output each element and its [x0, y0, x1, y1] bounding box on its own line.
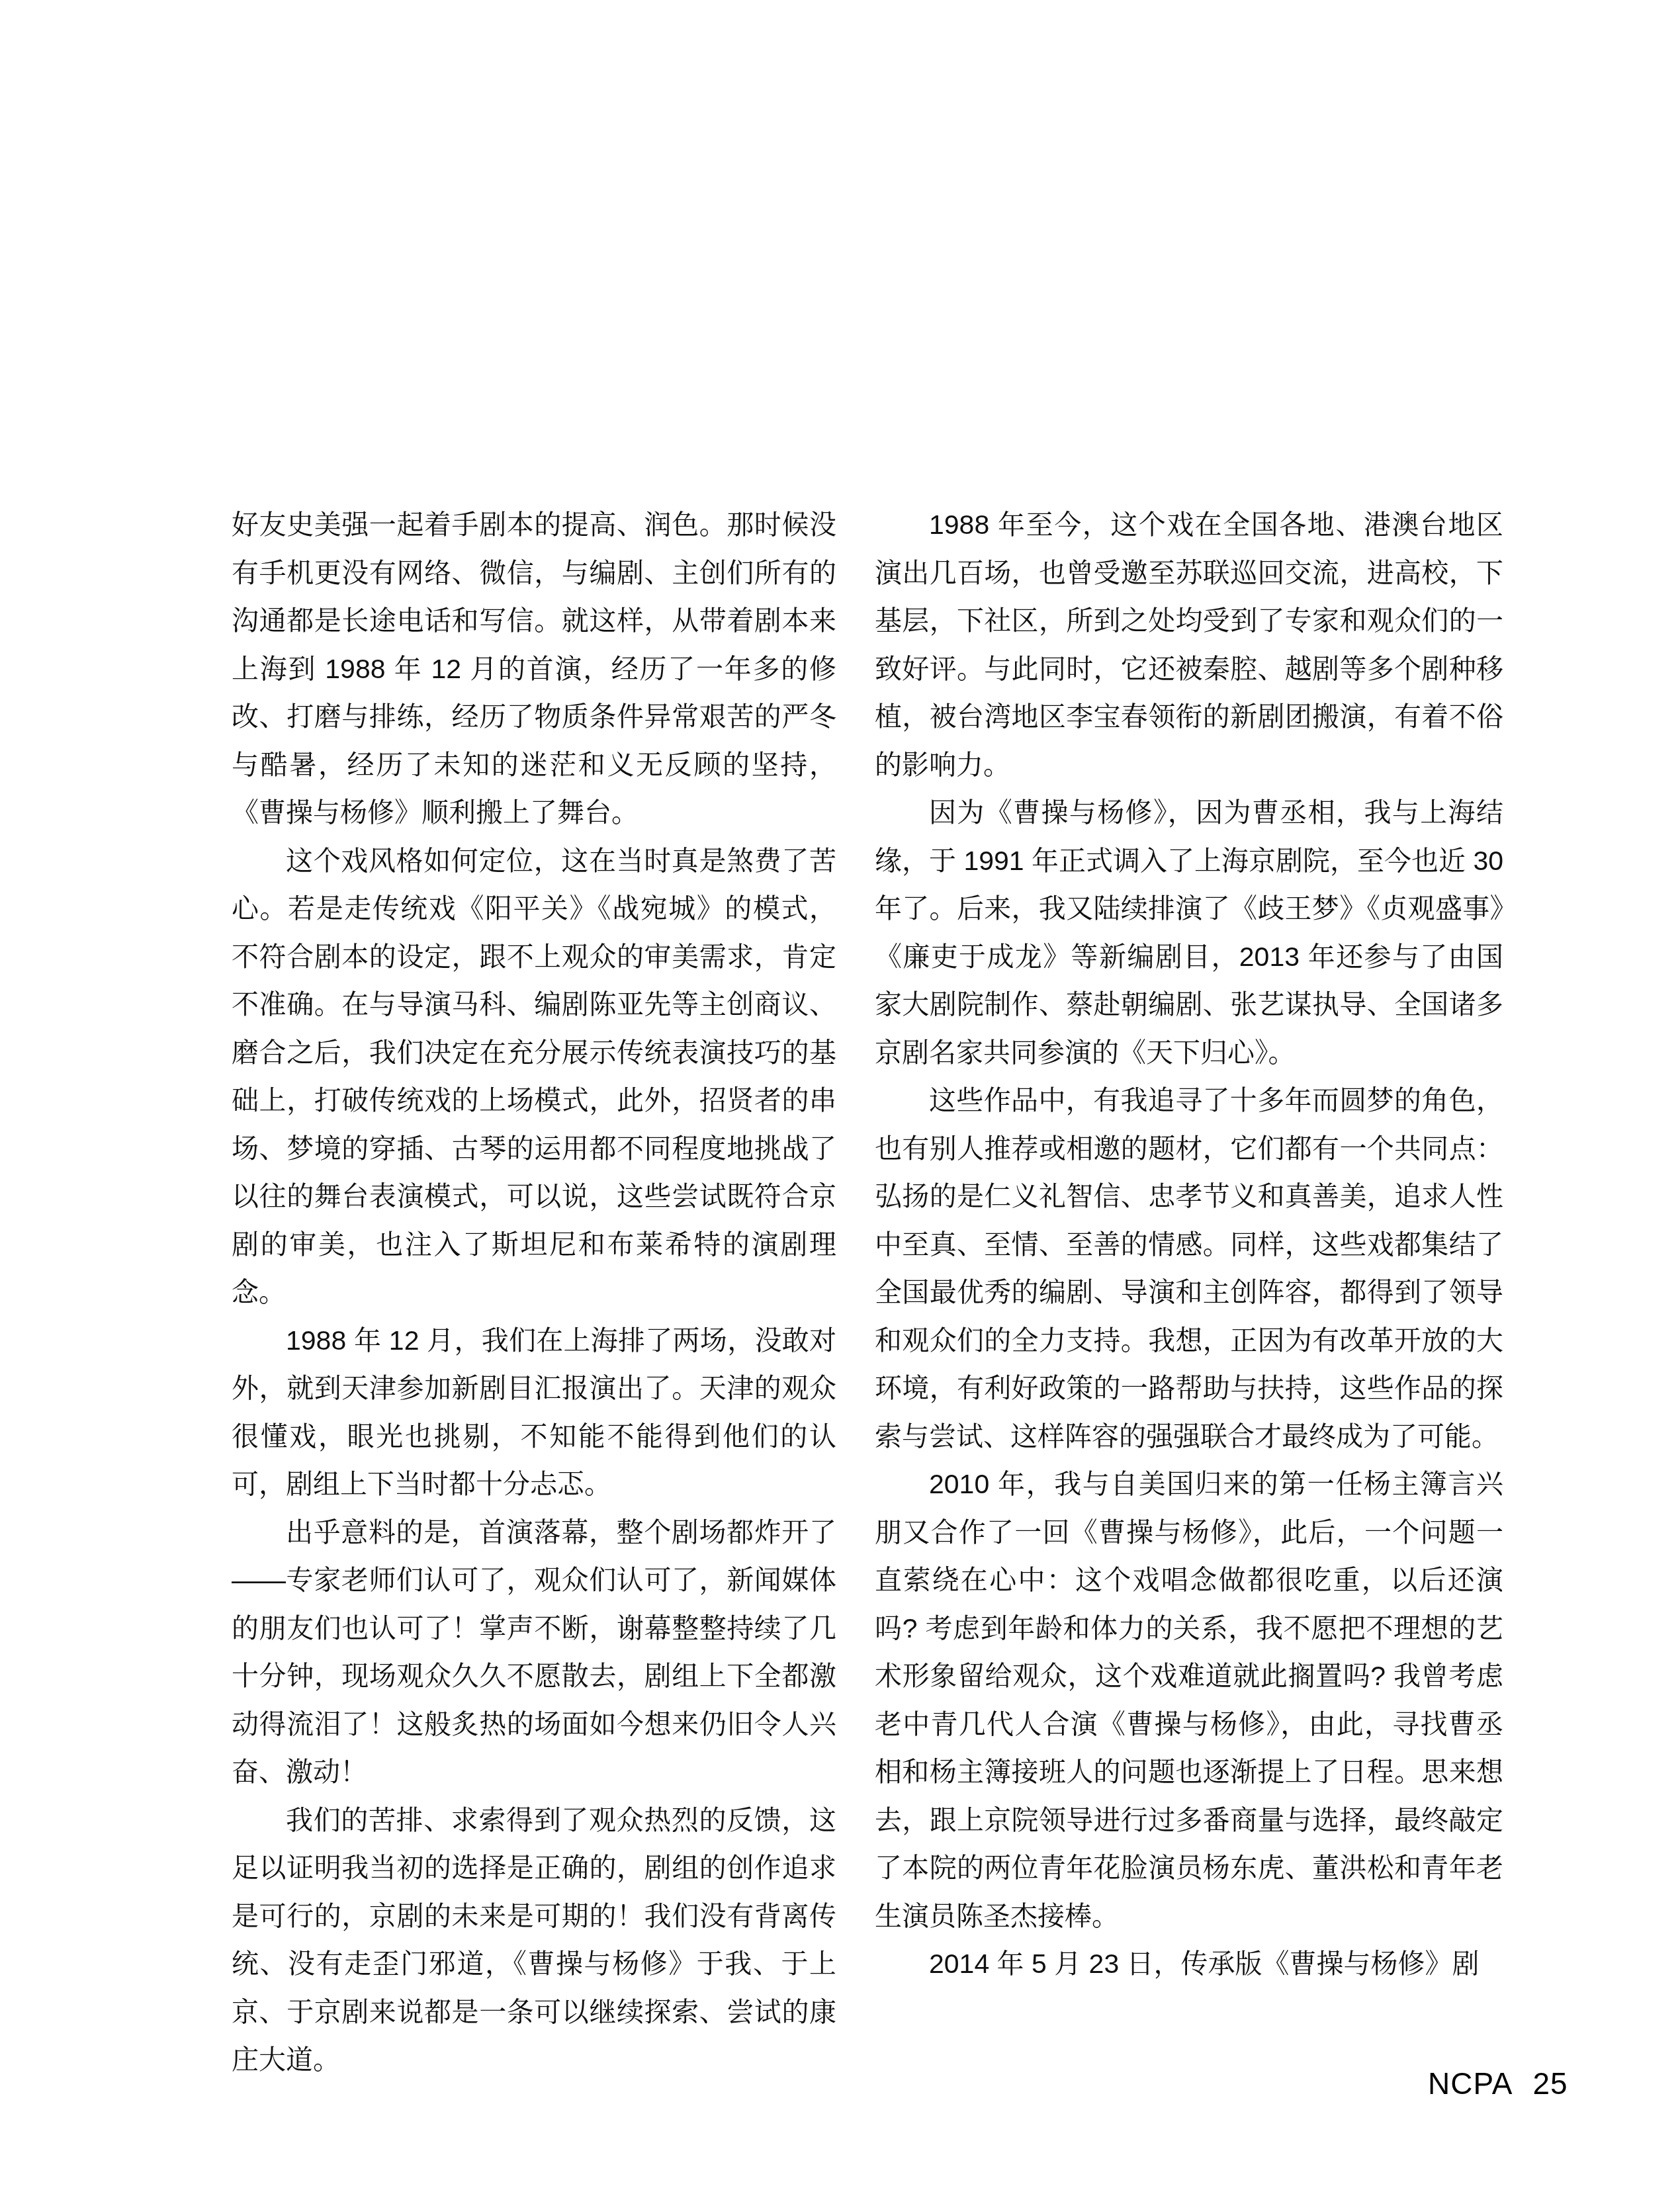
text-column-right: 1988 年至今，这个戏在全国各地、港澳台地区演出几百场，也曾受邀至苏联巡回交流… — [875, 501, 1503, 2084]
paragraph: 2010 年，我与自美国归来的第一任杨主簿言兴朋又合作了一回《曹操与杨修》，此后… — [875, 1460, 1503, 1940]
magazine-page: 好友史美强一起着手剧本的提高、润色。那时候没有手机更没有网络、微信，与编剧、主创… — [0, 0, 1680, 2188]
paragraph: 2014 年 5 月 23 日，传承版《曹操与杨修》剧 — [875, 1940, 1503, 1988]
paragraph: 1988 年 12 月，我们在上海排了两场，没敢对外，就到天津参加新剧目汇报演出… — [232, 1317, 836, 1509]
paragraph: 好友史美强一起着手剧本的提高、润色。那时候没有手机更没有网络、微信，与编剧、主创… — [232, 501, 836, 837]
paragraph: 出乎意料的是，首演落幕，整个剧场都炸开了——专家老师们认可了，观众们认可了，新闻… — [232, 1509, 836, 1796]
article-body: 好友史美强一起着手剧本的提高、润色。那时候没有手机更没有网络、微信，与编剧、主创… — [232, 501, 1503, 2084]
page-footer: NCPA 25 — [1428, 2066, 1568, 2101]
paragraph: 因为《曹操与杨修》，因为曹丞相，我与上海结缘，于 1991 年正式调入了上海京剧… — [875, 789, 1503, 1076]
text-column-left: 好友史美强一起着手剧本的提高、润色。那时候没有手机更没有网络、微信，与编剧、主创… — [232, 501, 836, 2084]
paragraph: 这些作品中，有我追寻了十多年而圆梦的角色，也有别人推荐或相邀的题材，它们都有一个… — [875, 1076, 1503, 1460]
journal-name: NCPA — [1428, 2066, 1513, 2101]
paragraph: 1988 年至今，这个戏在全国各地、港澳台地区演出几百场，也曾受邀至苏联巡回交流… — [875, 501, 1503, 789]
page-number: 25 — [1532, 2066, 1568, 2101]
paragraph: 我们的苦排、求索得到了观众热烈的反馈，这足以证明我当初的选择是正确的，剧组的创作… — [232, 1796, 836, 2084]
paragraph: 这个戏风格如何定位，这在当时真是煞费了苦心。若是走传统戏《阳平关》《战宛城》的模… — [232, 837, 836, 1317]
